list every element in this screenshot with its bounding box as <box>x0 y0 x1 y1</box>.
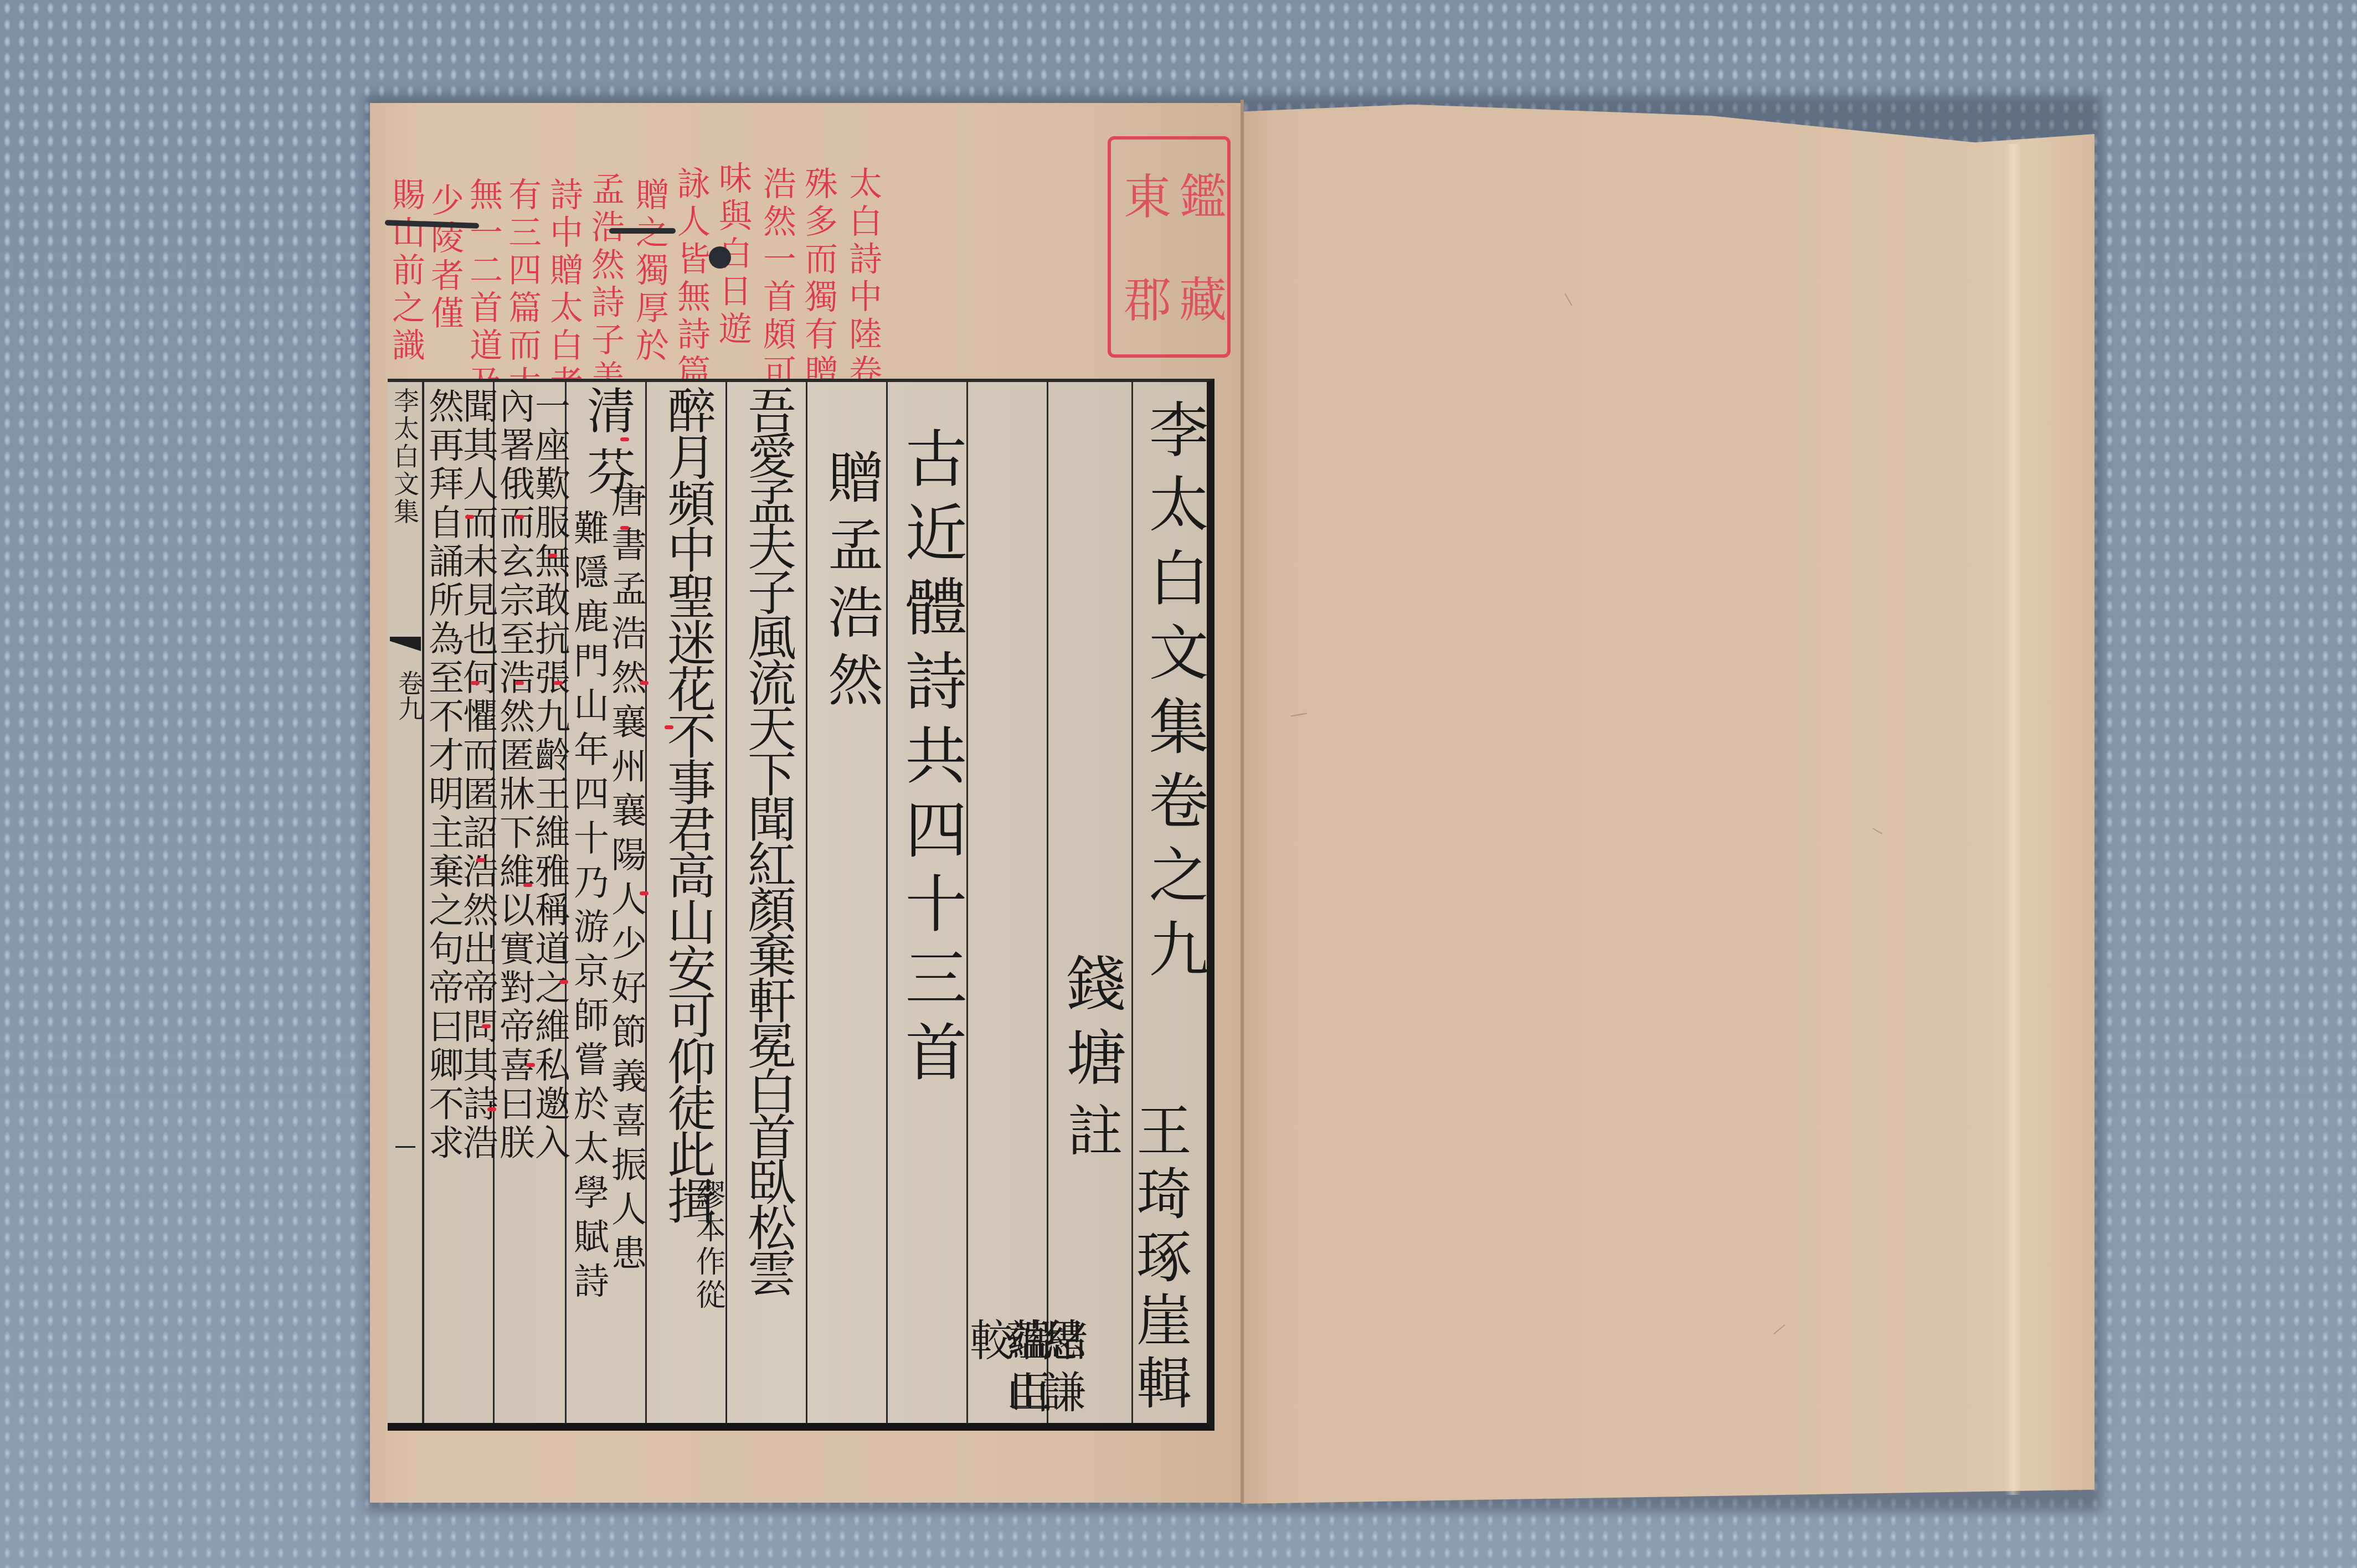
seal-char: 鑑 <box>1172 145 1225 246</box>
printed-text-block: 李太白文集 卷九 李太白文集卷之九 錢塘 王琦琢崖輯註 緒 端臣 思謙 蘊山 較… <box>388 379 1214 1431</box>
red-punctuation-mark <box>620 526 629 530</box>
ink-crack <box>609 228 676 234</box>
column-poem-1: 吾愛孟夫子風流天下聞紅顏棄軒冕白首臥松雲 <box>725 382 806 1423</box>
red-punctuation-mark <box>554 681 563 685</box>
right-page-blank <box>1242 97 2094 1504</box>
collector-seal: 鑑 東 藏 郡 <box>1108 136 1231 358</box>
red-note-8: 詩中贈太白者 <box>545 177 582 403</box>
poem-line-2: 醉月頻中聖迷花不事君高山安可仰徒此揖 <box>655 385 721 1223</box>
column-commentary-1: 清芬 唐書孟浩然襄州襄陽人少好節義喜振人患 難隱鹿門山年四十乃游京師嘗於太學賦詩 <box>565 382 645 1423</box>
column-commentary-3: 聞其人而未見也何懼而匿詔浩然出帝問其詩浩 然再拜自誦所為至不才明主棄之句帝曰卿不… <box>422 382 493 1423</box>
commentary-line-3: 一座歎服無敢抗張九齡王維雅稱道之維私邀入 <box>531 388 568 1163</box>
section-heading: 古近體詩共四十三首 <box>896 426 966 1094</box>
seal-char: 東 <box>1116 145 1170 246</box>
variant-note: 繆本作從 <box>690 1179 727 1312</box>
compiler-place: 錢塘 <box>1056 952 1125 1101</box>
banxin-title: 李太白文集 <box>391 388 419 526</box>
collator-2: 思謙 蘊山 較 <box>969 1318 1079 1423</box>
column-collators: 緒 端臣 思謙 蘊山 較 <box>966 382 1047 1423</box>
red-punctuation-mark <box>548 554 557 558</box>
red-note-5: 詠人皆無詩篇 <box>673 166 709 392</box>
red-punctuation-mark <box>620 437 629 441</box>
column-commentary-2: 一座歎服無敢抗張九齡王維雅稱道之維私邀入 內署俄而玄宗至浩然匿牀下維以實對帝喜曰… <box>493 382 565 1423</box>
red-punctuation-mark <box>640 681 649 685</box>
red-note-7: 孟浩然詩子美 <box>587 172 624 398</box>
red-note-10: 無一二首道及 <box>465 177 502 403</box>
volume-title: 李太白文集卷之九 <box>1139 399 1207 992</box>
commentary-line-5: 聞其人而未見也何懼而匿詔浩然出帝問其詩浩 <box>459 388 496 1163</box>
red-note-12: 賜山前之識 <box>388 177 424 365</box>
red-note-11: 少陵者僅 <box>426 183 463 333</box>
commentary-line-6: 然再拜自誦所為至不才明主棄之句帝曰卿不求 <box>425 388 461 1163</box>
red-punctuation-mark <box>476 858 485 862</box>
column-section-heading: 古近體詩共四十三首 <box>886 382 966 1423</box>
red-note-6: 贈之獨厚於 <box>631 177 668 365</box>
fish-tail-mark <box>390 637 421 651</box>
red-punctuation-mark <box>471 681 480 685</box>
ink-blot <box>709 246 731 269</box>
banxin-column: 李太白文集 卷九 <box>388 382 424 1423</box>
red-punctuation-mark <box>515 515 524 519</box>
poem-line-1: 吾愛孟夫子風流天下聞紅顏棄軒冕白首臥松雲 <box>735 385 801 1293</box>
seal-char: 郡 <box>1116 248 1170 349</box>
banxin-page-mark <box>395 1146 415 1148</box>
page-fold <box>2005 144 2021 1495</box>
red-punctuation-mark <box>465 515 474 519</box>
red-punctuation-mark <box>523 883 532 887</box>
spine-gutter <box>1241 100 1244 1503</box>
red-punctuation-mark <box>640 891 649 895</box>
commentary-line-1: 唐書孟浩然襄州襄陽人少好節義喜振人患 <box>608 482 644 1279</box>
column-poem-2: 醉月頻中聖迷花不事君高山安可仰徒此揖 繆本作從 <box>645 382 725 1423</box>
column-compiler: 錢塘 王琦琢崖輯註 <box>1047 382 1131 1423</box>
red-punctuation-mark <box>482 1024 491 1028</box>
commentary-line-4: 內署俄而玄宗至浩然匿牀下維以實對帝喜曰朕 <box>496 388 532 1163</box>
red-punctuation-mark <box>559 980 568 984</box>
seal-char: 藏 <box>1172 248 1225 349</box>
collator-2-role: 較 <box>963 1318 1012 1370</box>
column-poem-title: 贈孟浩然 <box>806 382 886 1423</box>
red-punctuation-mark <box>665 725 673 729</box>
red-punctuation-mark <box>487 1107 496 1111</box>
commentary-line-2: 難隱鹿門山年四十乃游京師嘗於太學賦詩 <box>570 509 606 1307</box>
red-punctuation-mark <box>526 1063 535 1067</box>
poem-title: 贈孟浩然 <box>815 448 886 719</box>
red-punctuation-mark <box>515 681 524 685</box>
